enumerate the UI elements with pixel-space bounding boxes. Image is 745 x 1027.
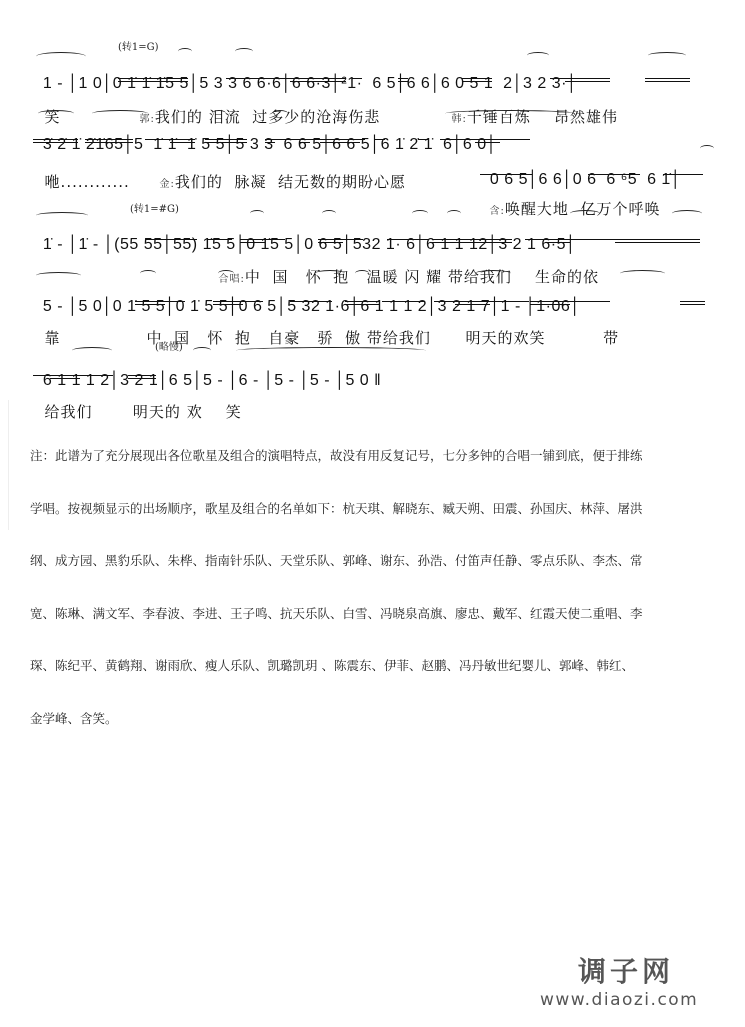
lyric-text: 我们的 脉凝 结无数的期盼心愿 xyxy=(175,173,406,191)
footnote-line: 琛、陈纪平、黄鹤翔、谢雨欣、瘦人乐队、凯璐凯玥 、陈震东、伊菲、赵鹏、冯丹敏世纪… xyxy=(30,657,643,675)
footnote-line: 纲、成方园、黑豹乐队、朱桦、指南针乐队、天堂乐队、郭峰、谢东、孙浩、付笛声任静、… xyxy=(30,552,643,570)
lyric-text: 靠 xyxy=(45,329,61,347)
lyric-line-2b: 金:我们的 脉凝 结无数的期盼心愿 xyxy=(148,153,406,192)
lyric-text: 中 国 怀 抱 自豪 骄 傲 带给我们 明天的欢笑 带 xyxy=(147,329,620,347)
singer-label: 金: xyxy=(160,179,175,190)
margin-rule xyxy=(8,400,9,530)
lyric-text: 咃............ xyxy=(45,173,130,191)
notation-row-2: 3̇ 2̇ 1̇ 2̇1̇65│5 1̇ 1̇ 1̇ 5 5│5 3 3 6 6… xyxy=(33,118,497,154)
singer-label: 含: xyxy=(490,206,505,217)
key-change-annotation: (转1=G) xyxy=(118,38,159,53)
footnote-line: 注：此谱为了充分展现出各位歌星及组合的演唱特点，故没有用反复记号，七分多钟的合唱… xyxy=(30,447,643,465)
watermark-logo: 调子网 xyxy=(578,950,674,990)
lyric-line-4a: 靠 xyxy=(33,309,61,348)
footnote-line: 宽、陈琳、满文军、李春波、李进、王子鸣、抗天乐队、白雪、冯晓泉高旗、廖忠、戴军、… xyxy=(30,605,643,623)
footnote: 注：此谱为了充分展现出各位歌星及组合的演唱特点，故没有用反复记号，七分多钟的合唱… xyxy=(30,412,643,745)
lyric-line-4b: 中 国 怀 抱 自豪 骄 傲 带给我们 明天的欢笑 带 xyxy=(135,309,619,348)
watermark-url: www.diaozi.com xyxy=(540,990,698,1010)
footnote-line: 金学峰、含笑。 xyxy=(30,710,643,728)
footnote-line: 学唱。按视频显示的出场顺序，歌星及组合的名单如下：杭天琪、解晓东、臧天朔、田震、… xyxy=(30,500,643,518)
tempo-annotation: (略慢) xyxy=(155,338,183,353)
key-change-annotation: (转1=#G) xyxy=(130,200,179,215)
lyric-line-2a: 咃............ xyxy=(33,153,130,192)
